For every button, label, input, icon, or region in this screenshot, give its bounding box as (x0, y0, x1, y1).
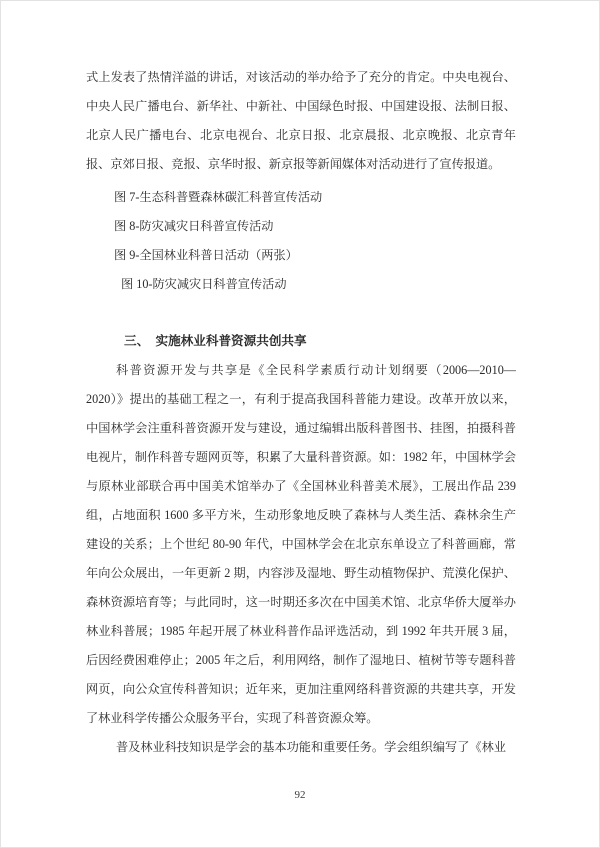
page-number: 92 (1, 787, 599, 803)
paragraph-closing: 普及林业科技知识是学会的基本功能和重要任务。学会组织编写了《林业 (86, 733, 516, 762)
document-body: 式上发表了热情洋溢的讲话，对该活动的举办给予了充分的肯定。中央电视台、中央人民广… (86, 63, 516, 762)
section-heading: 三、 实施林业科普资源共创共享 (86, 327, 516, 356)
paragraph-main: 科普资源开发与共享是《全民科学素质行动计划纲要（2006—2010—2020）》… (86, 356, 516, 733)
figure-caption-9: 图 9-全国林业科普日活动（两张） (86, 241, 516, 270)
figure-caption-10: 图 10-防灾减灾日科普宣传活动 (86, 270, 516, 299)
paragraph-continuation: 式上发表了热情洋溢的讲话，对该活动的举办给予了充分的肯定。中央电视台、中央人民广… (86, 63, 516, 179)
figure-caption-7: 图 7-生态科普暨森林碳汇科普宣传活动 (86, 183, 516, 212)
document-page: 式上发表了热情洋溢的讲话，对该活动的举办给予了充分的肯定。中央电视台、中央人民广… (0, 0, 600, 848)
figure-caption-8: 图 8-防灾减灾日科普宣传活动 (86, 212, 516, 241)
figure-caption-list: 图 7-生态科普暨森林碳汇科普宣传活动 图 8-防灾减灾日科普宣传活动 图 9-… (86, 183, 516, 299)
